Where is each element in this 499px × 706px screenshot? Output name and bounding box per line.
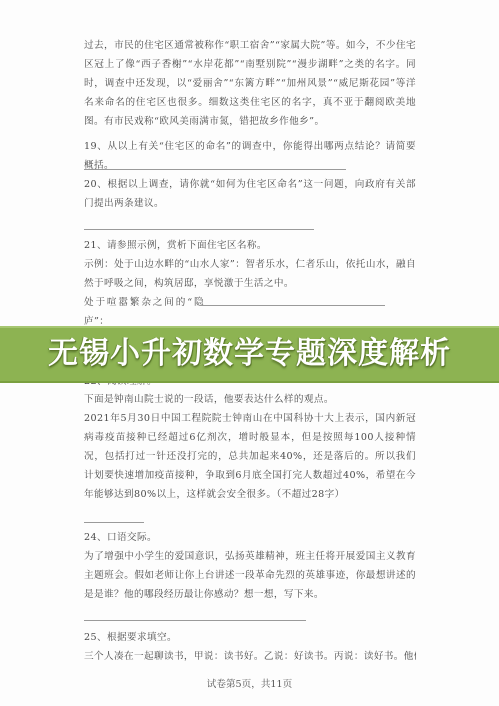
intro-paragraph: 过去，市民的住宅区通常被称作“职工宿舍”“家属大院”等。如今，不少住宅区冠上了像…: [84, 36, 416, 131]
question-25-body: 三个人凑在一起聊读书，甲说：读书好。乙说：好读书。丙说：读好书。他们的意思分: [84, 647, 416, 666]
banner-title: 无锡小升初数学专题深度解析: [0, 333, 499, 375]
answer-line-21: [200, 305, 385, 306]
question-22-intro: 下面是钟南山院士说的一段话，他要表达什么样的观点。: [84, 390, 416, 409]
answer-line-22: [84, 522, 144, 523]
question-24-title: 24、口语交际。: [84, 528, 416, 547]
question-22-body: 2021年5月30日中国工程院院士钟南山在中国科协十大上表示，国内新冠病毒疫苗接…: [84, 409, 416, 504]
answer-line-19: [84, 169, 346, 170]
page-footer: 试卷第5页，共11页: [0, 676, 499, 690]
question-21-example: 示例：处于山边水畔的“山水人家”：智者乐水，仁者乐山，依托山水，融自然于呼吸之间…: [84, 255, 416, 293]
question-21-title: 21、请参照示例，赏析下面住宅区名称。: [84, 236, 416, 255]
question-20: 20、根据以上调查，请你就“如何为住宅区命名”这一问题，向政府有关部门提出两条建…: [84, 175, 416, 213]
question-25-title: 25、根据要求填空。: [84, 628, 416, 647]
answer-line-20: [84, 229, 314, 230]
question-24-body: 为了增强中小学生的爱国意识，弘扬英雄精神，班主任将开展爱国主义教育主题班会。假如…: [84, 547, 416, 604]
answer-line-24: [84, 620, 306, 621]
